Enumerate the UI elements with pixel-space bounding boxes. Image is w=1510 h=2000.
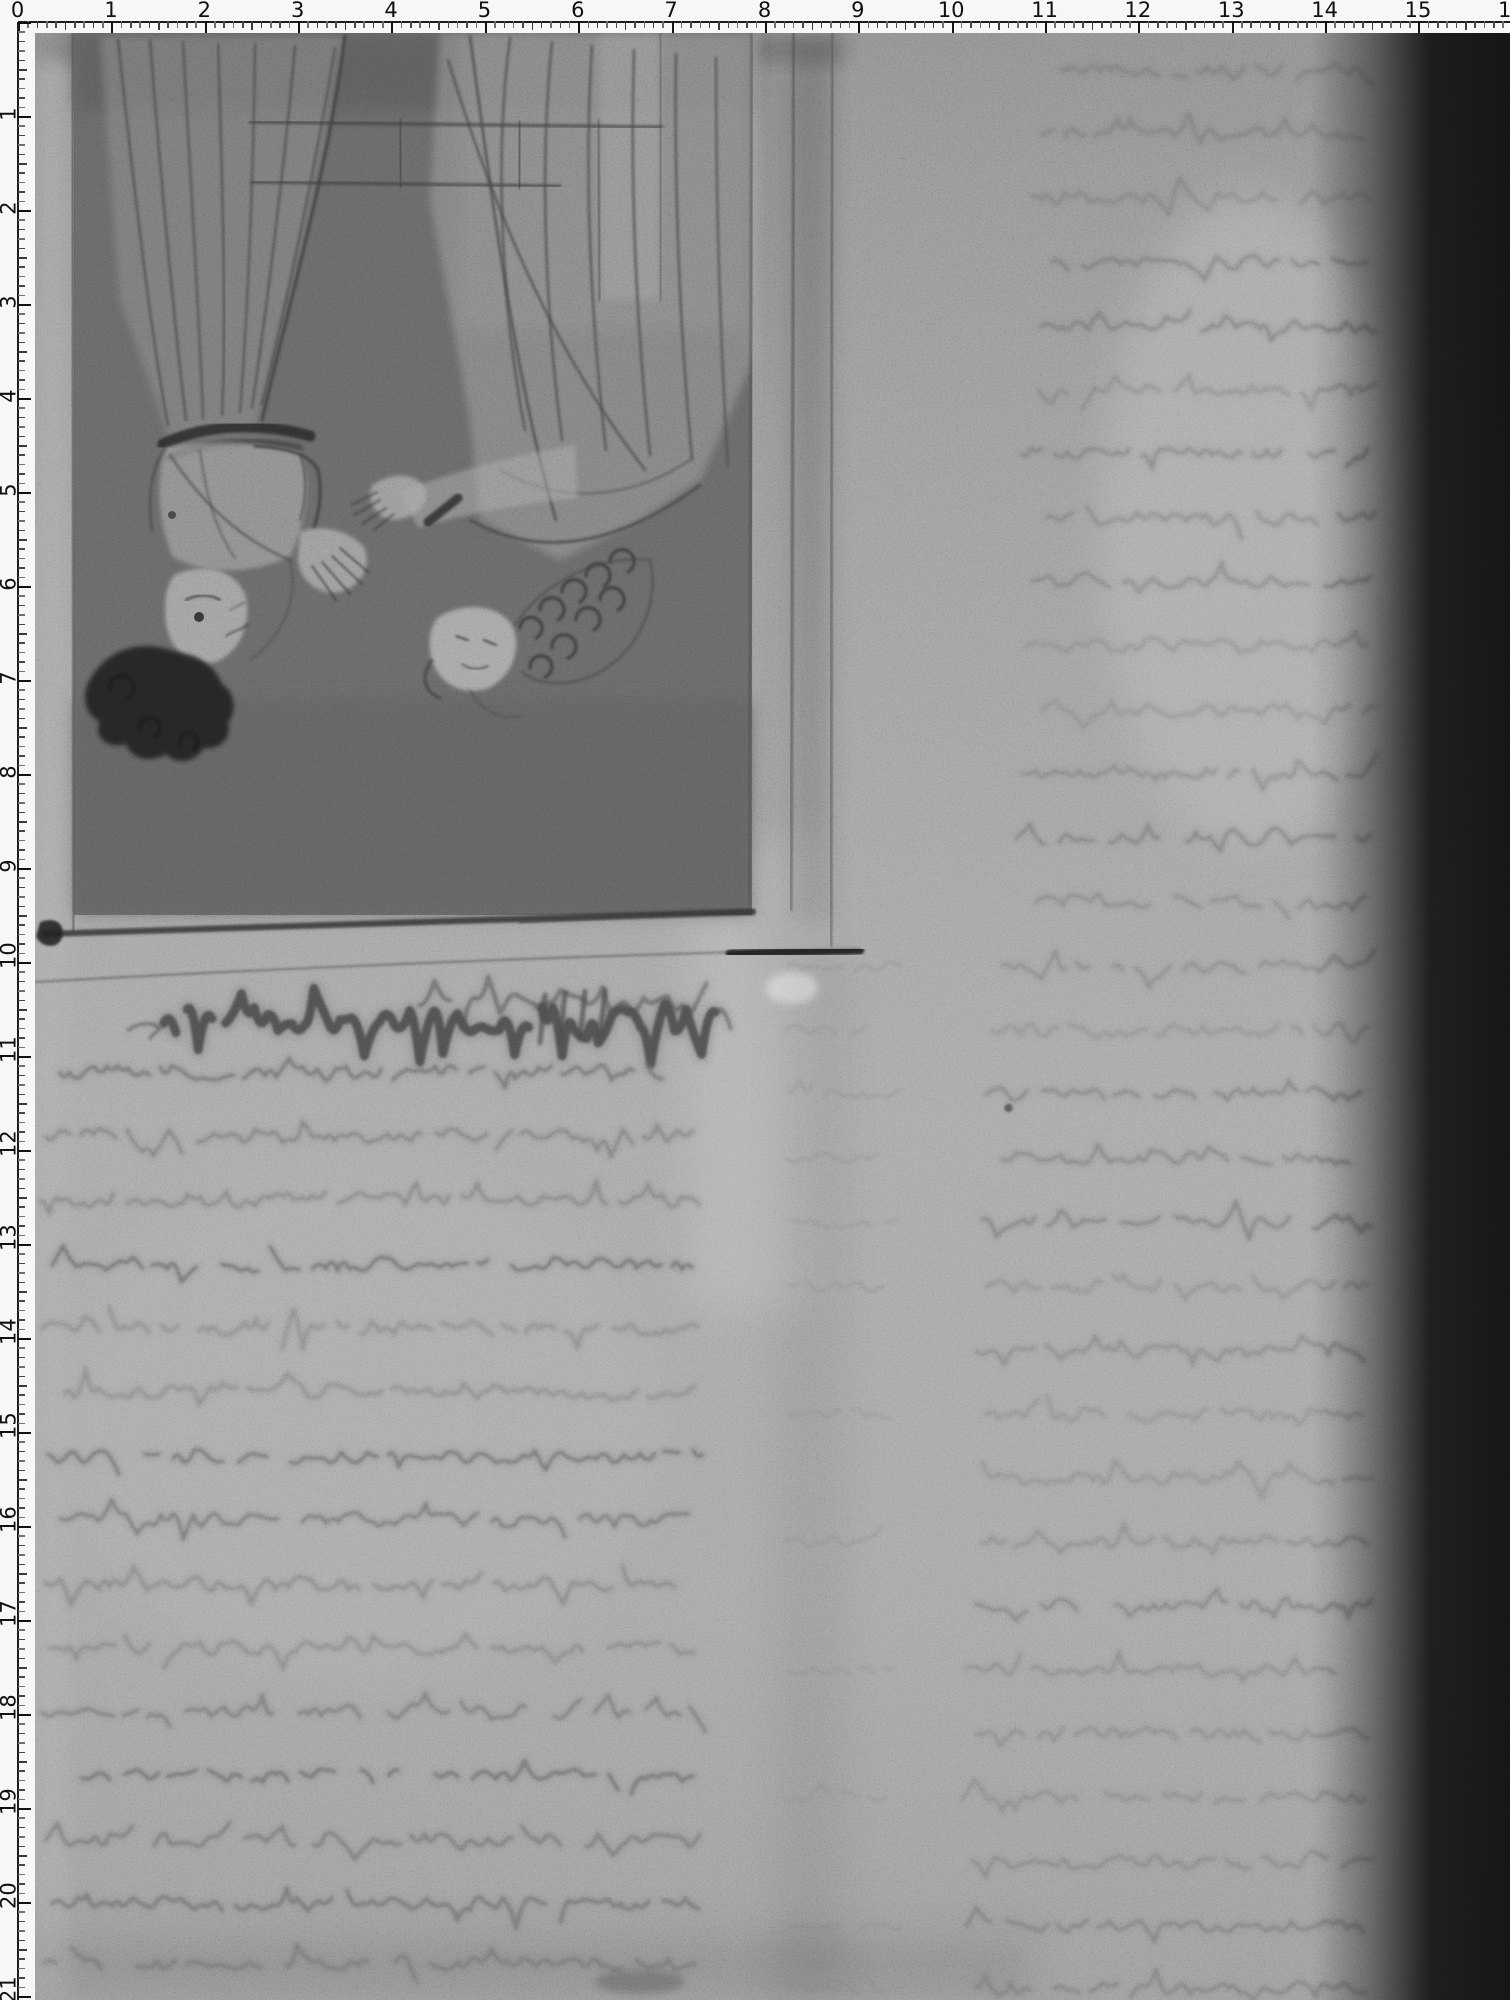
manuscript-photo: [0, 0, 1510, 2000]
top-ruler: [0, 0, 1510, 33]
screenshot-stage: 012345678910111213141516 123456789101112…: [0, 0, 1510, 2000]
film-grain-overlay: [35, 33, 1510, 2000]
left-ruler: [0, 0, 35, 2000]
